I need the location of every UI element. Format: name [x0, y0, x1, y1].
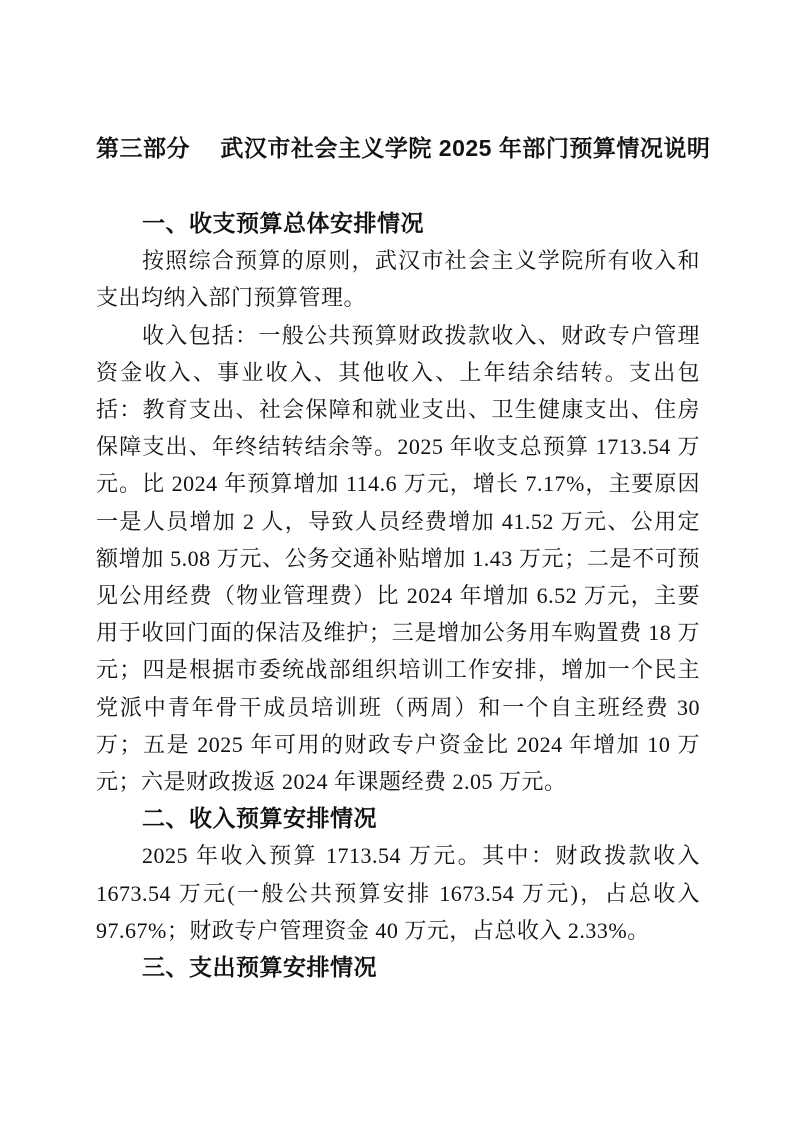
- document-page: 第三部分 武汉市社会主义学院 2025 年部门预算情况说明 一、收支预算总体安排…: [0, 0, 794, 1122]
- section-heading-expenditure-budget: 三、支出预算安排情况: [96, 949, 700, 986]
- section-heading-overall-budget: 一、收支预算总体安排情况: [96, 205, 700, 242]
- paragraph-income-expenditure-detail: 收入包括：一般公共预算财政拨款收入、财政专户管理资金收入、事业收入、其他收入、上…: [96, 317, 700, 801]
- paragraph-income-budget-detail: 2025 年收入预算 1713.54 万元。其中：财政拨款收入 1673.54 …: [96, 837, 700, 949]
- section-heading-income-budget: 二、收入预算安排情况: [96, 800, 700, 837]
- paragraph-overall-principle: 按照综合预算的原则，武汉市社会主义学院所有收入和支出均纳入部门预算管理。: [96, 242, 700, 316]
- document-title: 第三部分 武汉市社会主义学院 2025 年部门预算情况说明: [96, 130, 700, 167]
